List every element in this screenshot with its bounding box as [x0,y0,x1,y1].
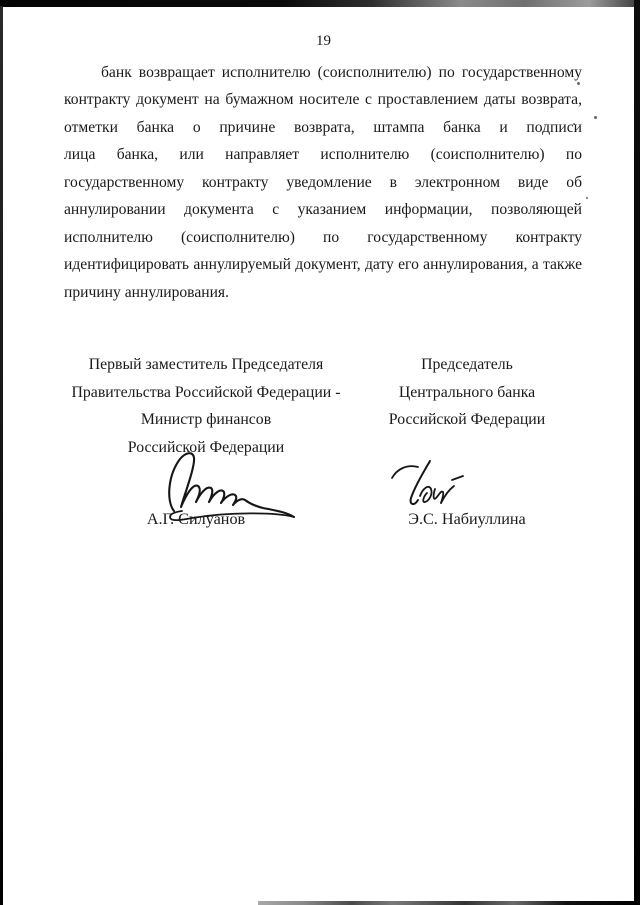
scan-speck [586,197,588,199]
signatory-title-line: Центрального банка [379,379,555,407]
signatory-title-line: Министр финансов [62,406,350,434]
signatory-block-right: Председатель Центрального банка Российск… [379,351,555,434]
signatory-name: Э.С. Набиуллина [380,506,554,533]
scan-edge-top [0,0,640,7]
scan-edge-bottom [258,901,634,905]
signatory-title-line: Правительства Российской Федерации - [62,379,350,407]
scan-edge-right [634,0,640,905]
body-paragraph: банк возвращает исполнителю (соисполните… [64,59,582,306]
paragraph-line: причину аннулирования. [64,279,582,306]
scanned-document-page: 19 банк возвращает исполнителю (соисполн… [0,0,640,905]
page-number: 19 [65,31,582,51]
signatory-title-line: Российской Федерации [379,406,555,434]
signatory-title-line: Первый заместитель Председателя [62,351,350,379]
paragraph-line: отметки банка о причине возврата, штампа… [64,114,582,141]
paragraph-line: лица банка, или направляет исполнителю (… [64,141,582,168]
paragraph-line: контракту документ на бумажном носителе … [64,86,582,113]
signatory-block-left: Первый заместитель Председателя Правител… [62,351,350,461]
paragraph-line: государственному контракту уведомление в… [64,169,582,196]
signatory-name: А.Г. Силуанов [58,506,334,533]
scan-speck [594,116,597,119]
signatory-title-line: Председатель [379,351,555,379]
paragraph-line: исполнителю (соисполнителю) по государст… [64,224,582,251]
paragraph-line: аннулировании документа с указанием инфо… [64,196,582,223]
paragraph-line: банк возвращает исполнителю (соисполните… [64,59,582,86]
scan-edge-left [0,6,3,905]
paragraph-line: идентифицировать аннулируемый документ, … [64,251,582,278]
